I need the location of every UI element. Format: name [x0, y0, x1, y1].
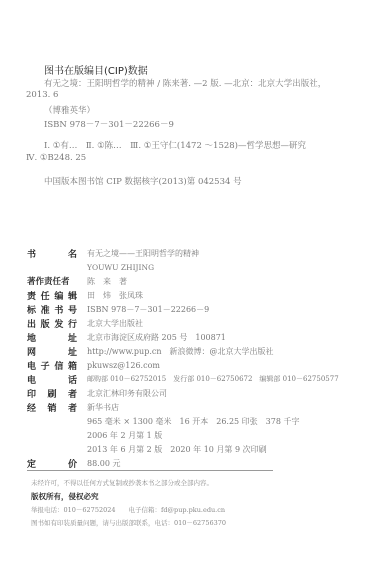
colophon-row-printer: 印刷者 北京汇林印务有限公司 [27, 386, 77, 400]
label-char: 任 [41, 289, 50, 302]
rights-reserved: 版权所有，侵权必究 [31, 491, 99, 502]
colophon-row-title: 书名 有无之境——王阳明哲学的精神 [27, 246, 77, 260]
copy-notice: 未经许可，不得以任何方式复制或抄袭本书之部分或全部内容。 [31, 478, 213, 487]
value-publisher: 北京大学出版社 [87, 318, 143, 329]
label-char: 电 [27, 373, 36, 386]
colophon-row-distributor: 经销者 新华书店 [27, 400, 77, 414]
value-phone: 邮购部 010－62752015 发行部 010－62750672 编辑部 01… [87, 374, 339, 384]
label-char: 信 [54, 359, 63, 372]
label-char: 出 [27, 317, 36, 330]
colophon-row-phone: 电话 邮购部 010－62752015 发行部 010－62750672 编辑部… [27, 372, 77, 386]
value-price: 88.00 元 [87, 458, 120, 469]
label-char: 名 [68, 247, 77, 260]
value-format: 965 毫米 × 1300 毫米 16 开本 26.25 印张 378 千字 [87, 416, 299, 427]
label-char: 电 [27, 359, 36, 372]
value-website: http://www.pup.cn 新浪微博：@北京大学出版社 [87, 346, 274, 357]
colophon-row-pinyin: YOUWU ZHIJING [27, 260, 77, 274]
value-pinyin: YOUWU ZHIJING [87, 263, 154, 272]
colophon-row-editor: 责任编辑 田 炜 张凤珠 [27, 288, 77, 302]
label-char: 网 [27, 345, 36, 358]
cip-line-1: 有无之境：王阳明哲学的精神 / 陈来著. —2 版. —北京：北京大学出版社， [44, 77, 326, 89]
label-char: 者 [68, 401, 77, 414]
label-char: 经 [27, 401, 36, 414]
label-char: 书 [54, 303, 63, 316]
value-title: 有无之境——王阳明哲学的精神 [87, 248, 199, 259]
cip-classification-1: Ⅰ. ①有… Ⅱ. ①陈… Ⅲ. ①王守仁(1472 ～1528)—哲学思想—研… [44, 139, 306, 151]
colophon-row-format: 965 毫米 × 1300 毫米 16 开本 26.25 印张 378 千字 [27, 414, 77, 428]
label-char: 书 [27, 247, 36, 260]
colophon-row-author: 著作责任者 陈 来 著 [27, 274, 77, 288]
divider [27, 470, 273, 471]
label-char: 编 [54, 289, 63, 302]
label-char: 话 [68, 373, 77, 386]
cip-line-4: ISBN 978－7－301－22266－9 [44, 118, 174, 130]
quality-contact: 图书如有印装质量问题，请与出版部联系，电话：010－62756370 [31, 518, 226, 527]
label-char: 子 [41, 359, 50, 372]
value-editor: 田 炜 张凤珠 [87, 290, 143, 301]
label-char: 版 [41, 317, 50, 330]
cip-line-2: 2013. 6 [26, 90, 58, 100]
value-address: 北京市海淀区成府路 205 号 100871 [87, 332, 226, 343]
cip-number: 中国版本图书馆 CIP 数据核字(2013)第 042534 号 [44, 175, 242, 187]
colophon-row-price: 定价 88.00 元 [27, 456, 77, 470]
colophon-row-isbn: 标准书号 ISBN 978－7－301－22266－9 [27, 302, 77, 316]
label-char: 销 [47, 401, 56, 414]
label-char: 发 [54, 317, 63, 330]
label-text: 著作责任者 [27, 275, 70, 287]
label-char: 责 [27, 289, 36, 302]
label-char: 箱 [68, 359, 77, 372]
cip-classification-2: Ⅳ. ①B248. 25 [26, 153, 86, 163]
colophon-row-publisher: 出版发行 北京大学出版社 [27, 316, 77, 330]
colophon-row-second-edition: 2013 年 6 月第 2 版 2020 年 10 月第 9 次印刷 [27, 442, 77, 456]
label-char: 行 [68, 317, 77, 330]
label-char: 号 [68, 303, 77, 316]
colophon-row-first-edition: 2006 年 2 月第 1 版 [27, 428, 77, 442]
colophon-row-website: 网址 http://www.pup.cn 新浪微博：@北京大学出版社 [27, 344, 77, 358]
value-email: pkuwsz@126.com [87, 361, 160, 370]
value-distributor: 新华书店 [87, 402, 119, 413]
label-char: 址 [68, 331, 77, 344]
label-char: 辑 [68, 289, 77, 302]
label-char: 定 [27, 457, 36, 470]
value-first-edition: 2006 年 2 月第 1 版 [87, 430, 162, 441]
label-char: 印 [27, 387, 36, 400]
value-printer: 北京汇林印务有限公司 [87, 388, 167, 399]
report-contact: 举报电话：010－62752024 电子信箱：fd@pup.pku.edu.cn [31, 505, 225, 514]
label-char: 标 [27, 303, 36, 316]
cip-title: 图书在版编目(CIP)数据 [44, 62, 148, 77]
label-char: 刷 [47, 387, 56, 400]
value-author: 陈 来 著 [87, 276, 127, 287]
label-char: 价 [68, 457, 77, 470]
label-char: 准 [41, 303, 50, 316]
value-second-edition: 2013 年 6 月第 2 版 2020 年 10 月第 9 次印刷 [87, 444, 267, 455]
label-char: 者 [68, 387, 77, 400]
cip-line-3: （博雅英华） [44, 104, 95, 116]
label-char: 址 [68, 345, 77, 358]
colophon-row-address: 地址 北京市海淀区成府路 205 号 100871 [27, 330, 77, 344]
label-char: 地 [27, 331, 36, 344]
colophon-row-email: 电子信箱 pkuwsz@126.com [27, 358, 77, 372]
value-isbn: ISBN 978－7－301－22266－9 [87, 304, 209, 315]
